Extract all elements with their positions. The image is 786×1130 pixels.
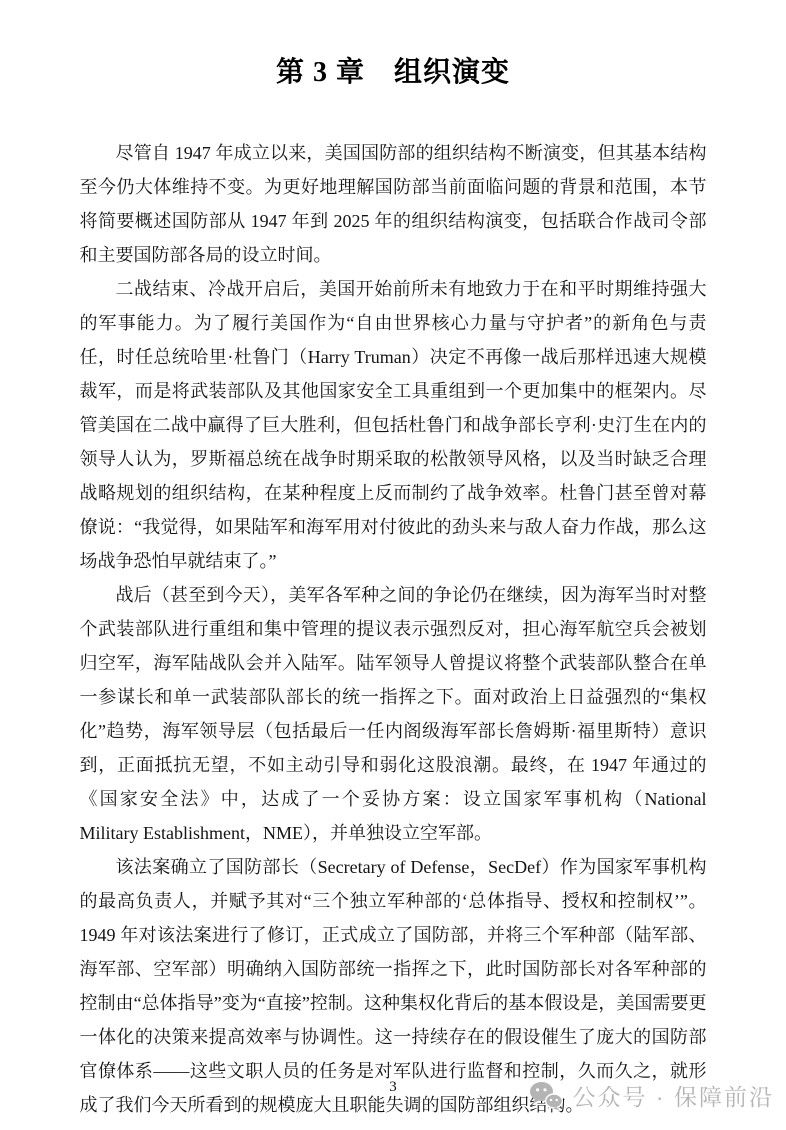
document-page: 第 3 章 组织演变 尽管自 1947 年成立以来，美国国防部的组织结构不断演变… [0,0,786,1130]
chapter-title: 第 3 章 组织演变 [0,0,786,90]
watermark: 公众号 · 保障前沿 [529,1079,774,1112]
body-paragraph: 二战结束、冷战开启后，美国开始前所未有地致力于在和平时期维持强大的军事能力。为了… [80,272,707,578]
body-paragraph: 尽管自 1947 年成立以来，美国国防部的组织结构不断演变，但其基本结构至今仍大… [80,136,707,272]
wechat-icon [529,1081,563,1111]
body-text: 尽管自 1947 年成立以来，美国国防部的组织结构不断演变，但其基本结构至今仍大… [80,136,707,1122]
watermark-label: 公众号 · 保障前沿 [573,1079,774,1112]
body-paragraph: 战后（甚至到今天），美军各军种之间的争论仍在继续，因为海军当时对整个武装部队进行… [80,578,707,850]
